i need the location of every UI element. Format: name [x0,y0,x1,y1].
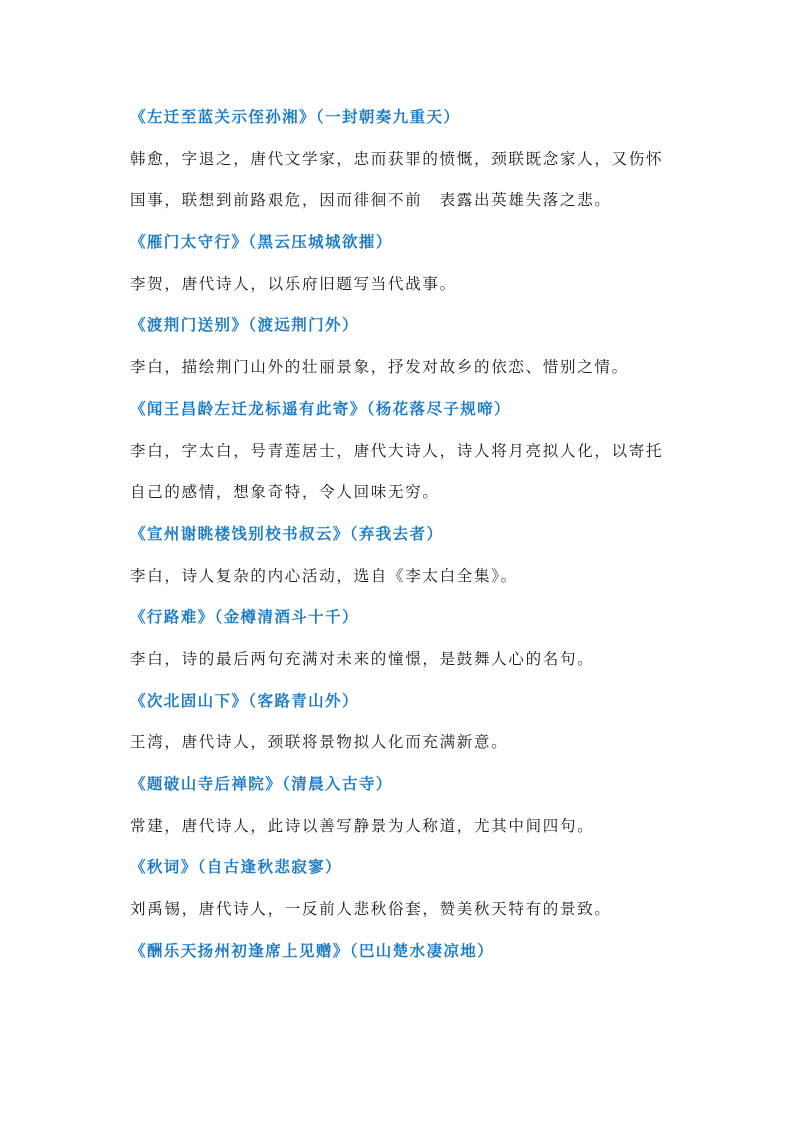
poem-note-line: 李白，诗人复杂的内心活动，选自《李太白全集》。 [130,556,690,598]
poem-note-line: 李白，描绘荆门山外的壮丽景象，抒发对故乡的依恋、惜别之情。 [130,347,690,389]
poem-note-line: 韩愈，字退之，唐代文学家，忠而获罪的愤慨，颈联既念家人，又伤怀 [130,139,690,181]
poem-note-line: 自己的感情，想象奇特，令人回味无穷。 [130,472,690,514]
poem-heading: 《次北固山下》（客路青山外） [130,681,690,723]
poem-note-line: 李白，诗的最后两句充满对未来的憧憬，是鼓舞人心的名句。 [130,639,690,681]
poem-heading: 《雁门太守行》（黑云压城城欲摧） [130,222,690,264]
poem-heading: 《行路难》（金樽清酒斗十千） [130,597,690,639]
poem-note-line: 李贺，唐代诗人，以乐府旧题写当代战事。 [130,264,690,306]
poem-heading: 《秋词》（自古逢秋悲寂寥） [130,847,690,889]
document-page: 《左迁至蓝关示侄孙湘》（一封朝奏九重天） 韩愈，字退之，唐代文学家，忠而获罪的愤… [130,97,690,972]
poem-heading: 《左迁至蓝关示侄孙湘》（一封朝奏九重天） [130,97,690,139]
poem-note-line: 常建，唐代诗人，此诗以善写静景为人称道，尤其中间四句。 [130,806,690,848]
poem-heading: 《酬乐天扬州初逢席上见赠》（巴山楚水凄凉地） [130,931,690,973]
poem-note-line: 国事，联想到前路艰危，因而徘徊不前 表露出英雄失落之悲。 [130,180,690,222]
poem-heading: 《渡荆门送别》（渡远荆门外） [130,305,690,347]
poem-note-line: 刘禹锡，唐代诗人，一反前人悲秋俗套，赞美秋天特有的景致。 [130,889,690,931]
poem-heading: 《宣州谢眺楼饯别校书叔云》（弃我去者） [130,514,690,556]
poem-note-line: 李白，字太白，号青莲居士，唐代大诗人，诗人将月亮拟人化，以寄托 [130,431,690,473]
poem-heading: 《闻王昌龄左迁龙标遥有此寄》（杨花落尽子规啼） [130,389,690,431]
poem-heading: 《题破山寺后禅院》（清晨入古寺） [130,764,690,806]
poem-note-line: 王湾，唐代诗人，颈联将景物拟人化而充满新意。 [130,722,690,764]
